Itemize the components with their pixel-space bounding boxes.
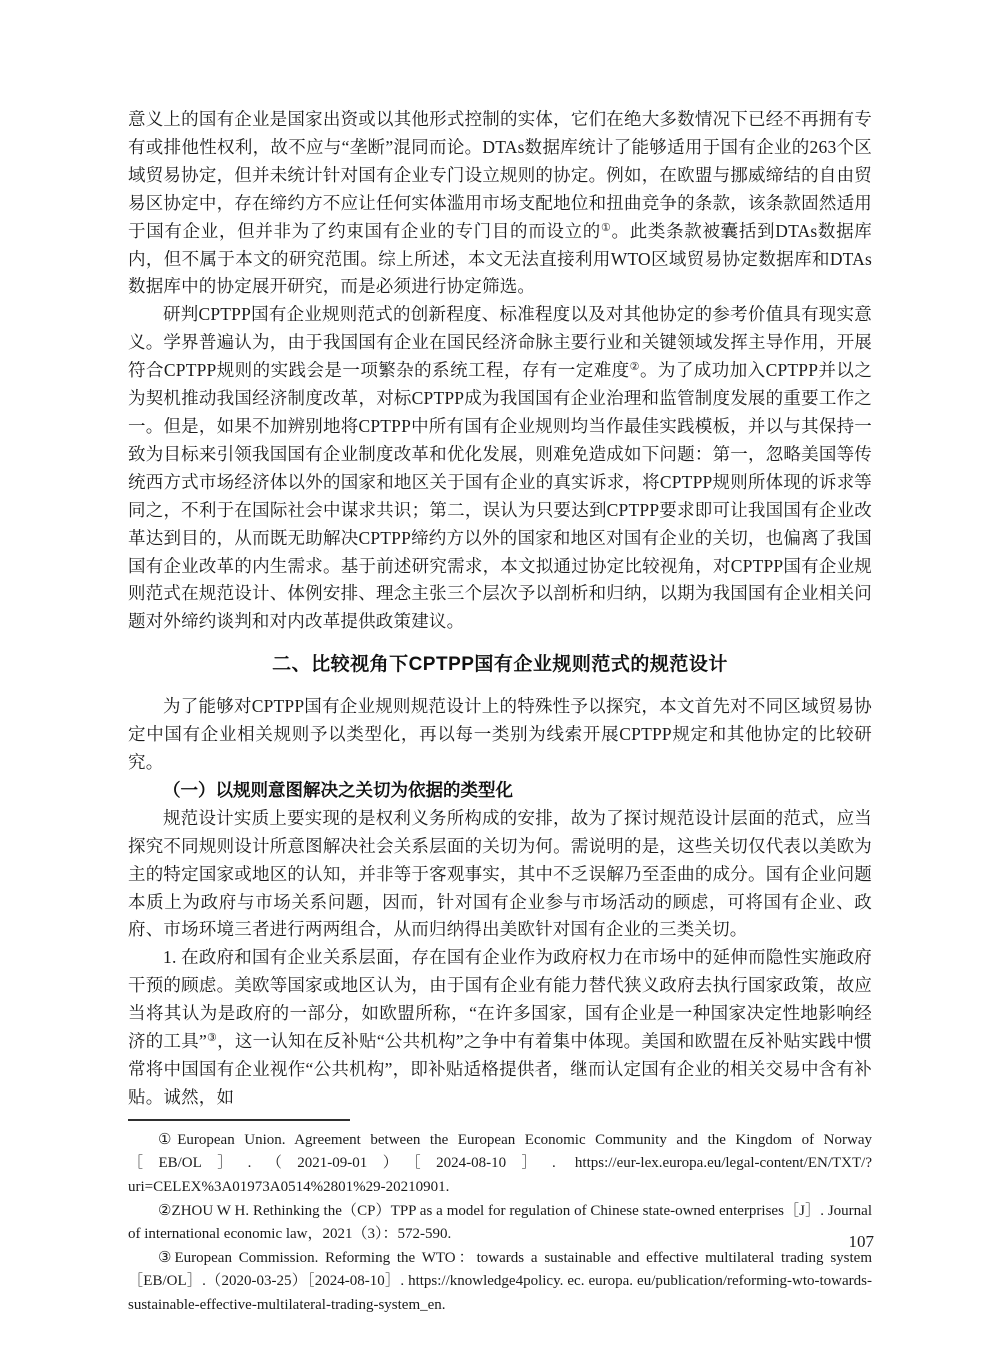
journal-page: 意义上的国有企业是国家出资或以其他形式控制的实体，它们在绝大多数情况下已经不再拥… bbox=[0, 0, 1000, 1347]
page-number: 107 bbox=[849, 1232, 875, 1252]
footnote-divider bbox=[128, 1119, 350, 1121]
subsection-heading: （一）以规则意图解决之关切为依据的类型化 bbox=[128, 777, 872, 805]
footnote-ref-2: ② bbox=[630, 361, 640, 373]
footnote-3: ③European Commission. Reforming the WTO：… bbox=[128, 1247, 872, 1318]
footnote-ref-1: ① bbox=[601, 222, 612, 234]
body-paragraph-item1: 1. 在政府和国有企业关系层面，存在国有企业作为政府权力在市场中的延伸而隐性实施… bbox=[128, 944, 872, 1111]
footnote-1: ①European Union. Agreement between the E… bbox=[128, 1129, 872, 1200]
section-intro-paragraph: 为了能够对CPTPP国有企业规则规范设计上的特殊性予以探究，本文首先对不同区域贸… bbox=[128, 693, 872, 777]
paragraph-text: ，这一认知在反补贴“公共机构”之争中有着集中体现。美国和欧盟在反补贴实践中惯常将… bbox=[128, 1031, 872, 1107]
body-paragraph-continuation: 意义上的国有企业是国家出资或以其他形式控制的实体，它们在绝大多数情况下已经不再拥… bbox=[128, 106, 872, 301]
paragraph-text: 。为了成功加入CPTPP并以之为契机推动我国经济制度改革，对标CPTPP成为我国… bbox=[128, 360, 872, 631]
footnote-2: ②ZHOU W H. Rethinking the（CP）TPP as a mo… bbox=[128, 1200, 872, 1247]
page-content: 意义上的国有企业是国家出资或以其他形式控制的实体，它们在绝大多数情况下已经不再拥… bbox=[128, 106, 872, 1318]
body-paragraph-typology: 规范设计实质上要实现的是权利义务所构成的安排，故为了探讨规范设计层面的范式，应当… bbox=[128, 805, 872, 945]
footnote-ref-3: ③ bbox=[207, 1032, 217, 1044]
body-paragraph-research-value: 研判CPTPP国有企业规则范式的创新程度、标准程度以及对其他协定的参考价值具有现… bbox=[128, 301, 872, 636]
footnotes-section: ①European Union. Agreement between the E… bbox=[128, 1129, 872, 1318]
section-heading: 二、比较视角下CPTPP国有企业规则范式的规范设计 bbox=[128, 651, 872, 679]
